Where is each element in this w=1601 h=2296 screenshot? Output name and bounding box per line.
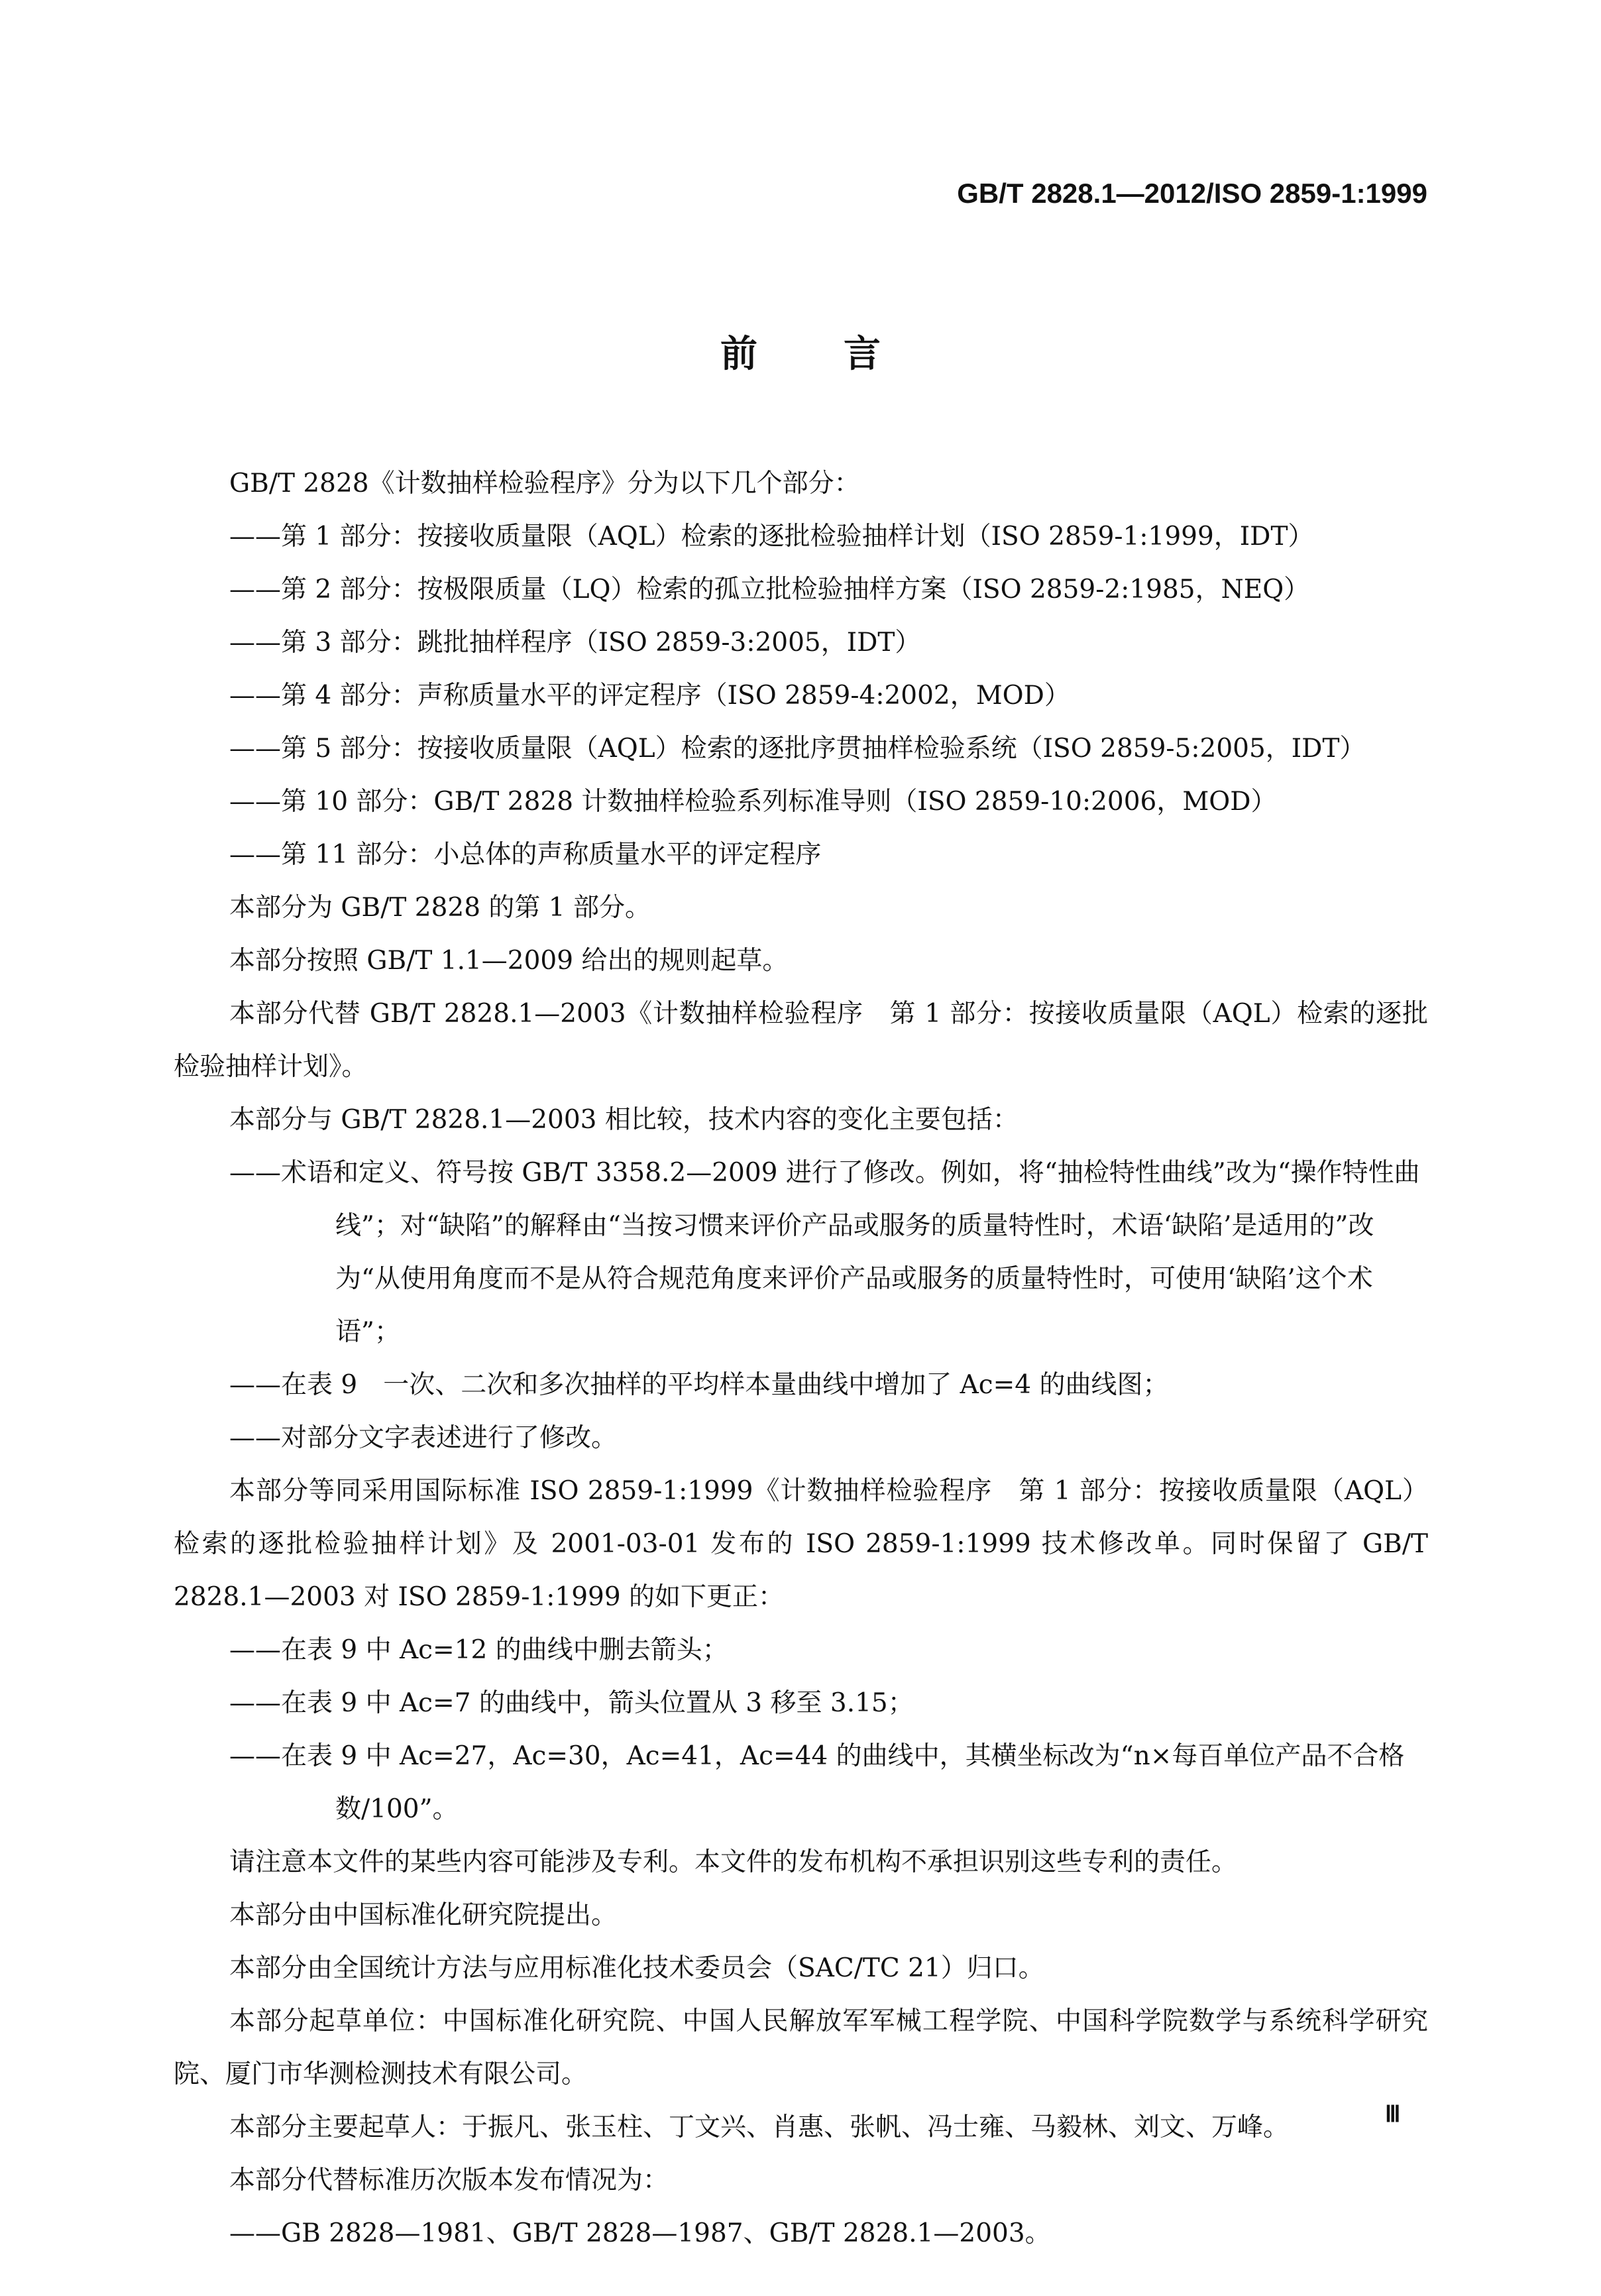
replaces-paragraph: 本部分代替 GB/T 2828.1—2003《计数抽样检验程序 第 1 部分：按… (174, 988, 1428, 1094)
correction-item: ——在表 9 中 Ac=7 的曲线中，箭头位置从 3 移至 3.15； (174, 1677, 1428, 1730)
history-intro-paragraph: 本部分代替标准历次版本发布情况为： (174, 2154, 1428, 2207)
change-item: ——对部分文字表述进行了修改。 (174, 1412, 1428, 1465)
drafters-paragraph: 本部分主要起草人：于振凡、张玉柱、丁文兴、肖惠、张帆、冯士雍、马毅林、刘文、万峰… (174, 2101, 1428, 2154)
centralized-by-paragraph: 本部分由全国统计方法与应用标准化技术委员会（SAC/TC 21）归口。 (174, 1942, 1428, 1995)
proposed-by-paragraph: 本部分由中国标准化研究院提出。 (174, 1889, 1428, 1942)
change-item: ——术语和定义、符号按 GB/T 3358.2—2009 进行了修改。例如，将“… (174, 1147, 1428, 1359)
page-number: Ⅲ (1385, 2101, 1400, 2128)
part-item: ——第 5 部分：按接收质量限（AQL）检索的逐批序贯抽样检验系统（ISO 28… (174, 722, 1428, 775)
part-item: ——第 1 部分：按接收质量限（AQL）检索的逐批检验抽样计划（ISO 2859… (174, 510, 1428, 563)
history-item: ——GB 2828—1981、GB/T 2828—1987、GB/T 2828.… (174, 2207, 1428, 2260)
part-of-paragraph: 本部分为 GB/T 2828 的第 1 部分。 (174, 882, 1428, 935)
part-item: ——第 2 部分：按极限质量（LQ）检索的孤立批检验抽样方案（ISO 2859-… (174, 563, 1428, 616)
adoption-paragraph: 本部分等同采用国际标准 ISO 2859-1:1999《计数抽样检验程序 第 1… (174, 1465, 1428, 1624)
correction-item: ——在表 9 中 Ac=12 的曲线中删去箭头； (174, 1624, 1428, 1677)
part-item: ——第 10 部分：GB/T 2828 计数抽样检验系列标准导则（ISO 285… (174, 775, 1428, 829)
change-item: ——在表 9 一次、二次和多次抽样的平均样本量曲线中增加了 Ac=4 的曲线图； (174, 1359, 1428, 1412)
drafting-units-paragraph: 本部分起草单位：中国标准化研究院、中国人民解放军军械工程学院、中国科学院数学与系… (174, 1995, 1428, 2101)
part-item: ——第 4 部分：声称质量水平的评定程序（ISO 2859-4:2002，MOD… (174, 669, 1428, 722)
part-item: ——第 3 部分：跳批抽样程序（ISO 2859-3:2005，IDT） (174, 616, 1428, 669)
foreword-body: GB/T 2828《计数抽样检验程序》分为以下几个部分： ——第 1 部分：按接… (174, 457, 1428, 2260)
changes-intro-paragraph: 本部分与 GB/T 2828.1—2003 相比较，技术内容的变化主要包括： (174, 1094, 1428, 1147)
part-item: ——第 11 部分：小总体的声称质量水平的评定程序 (174, 829, 1428, 882)
standard-code: GB/T 2828.1—2012/ISO 2859-1:1999 (957, 178, 1427, 209)
intro-paragraph: GB/T 2828《计数抽样检验程序》分为以下几个部分： (174, 457, 1428, 510)
page-title: 前言 (0, 325, 1601, 378)
drafting-rules-paragraph: 本部分按照 GB/T 1.1—2009 给出的规则起草。 (174, 935, 1428, 988)
correction-item: ——在表 9 中 Ac=27，Ac=30，Ac=41，Ac=44 的曲线中，其横… (174, 1730, 1428, 1836)
patent-paragraph: 请注意本文件的某些内容可能涉及专利。本文件的发布机构不承担识别这些专利的责任。 (174, 1836, 1428, 1889)
